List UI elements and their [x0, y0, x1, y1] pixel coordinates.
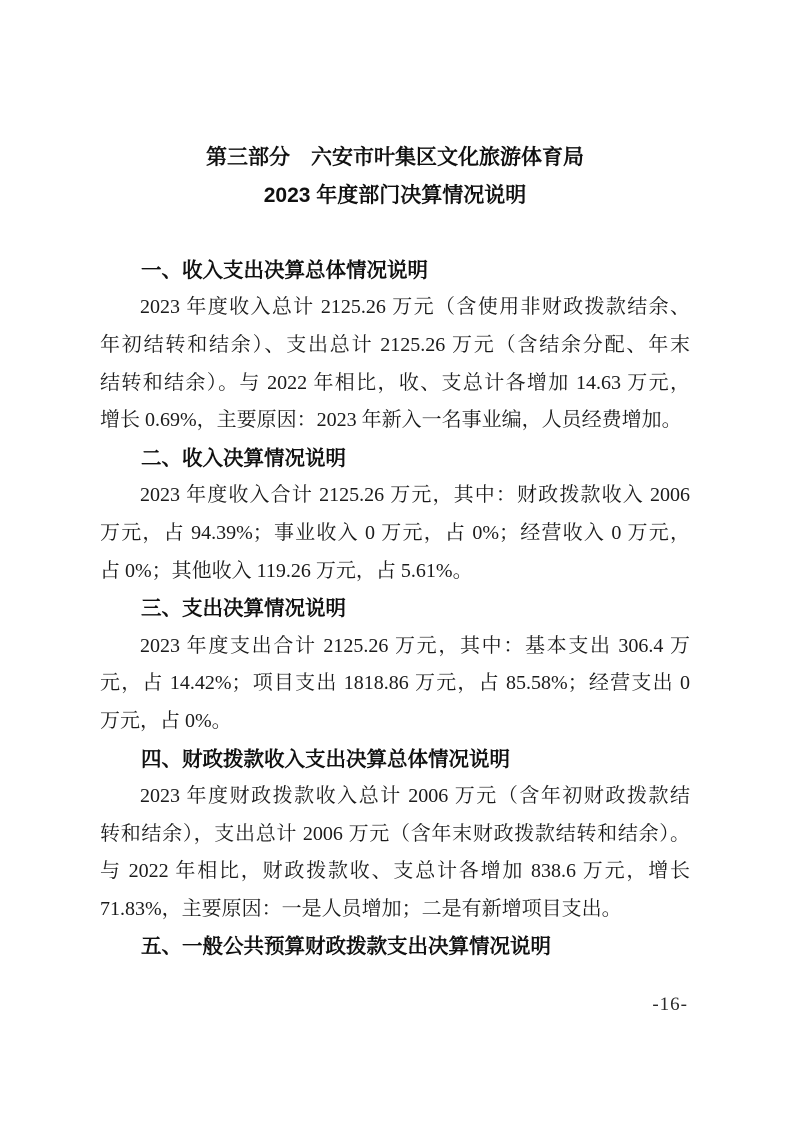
- body-line: 71.83%，主要原因：一是人员增加；二是有新增项目支出。: [100, 891, 690, 929]
- body-line: 2023 年度支出合计 2125.26 万元，其中：基本支出 306.4 万: [100, 628, 690, 666]
- document-page: 第三部分 六安市叶集区文化旅游体育局 2023 年度部门决算情况说明 一、收入支…: [0, 0, 793, 1122]
- section-heading-1: 一、收入支出决算总体情况说明: [100, 252, 690, 290]
- body-line: 与 2022 年相比，财政拨款收、支总计各增加 838.6 万元，增长: [100, 853, 690, 891]
- body-line: 增长 0.69%，主要原因：2023 年新入一名事业编，人员经费增加。: [100, 402, 690, 440]
- section-heading-3: 三、支出决算情况说明: [100, 590, 690, 628]
- body-line: 2023 年度收入总计 2125.26 万元（含使用非财政拨款结余、: [100, 289, 690, 327]
- document-title-line2: 2023 年度部门决算情况说明: [100, 177, 690, 215]
- body-line: 元，占 14.42%；项目支出 1818.86 万元，占 85.58%；经营支出…: [100, 665, 690, 703]
- section-heading-2: 二、收入决算情况说明: [100, 440, 690, 478]
- body-line: 占 0%；其他收入 119.26 万元，占 5.61%。: [100, 553, 690, 591]
- document-title-line1: 第三部分 六安市叶集区文化旅游体育局: [100, 139, 690, 177]
- body-line: 转和结余），支出总计 2006 万元（含年末财政拨款结转和结余）。: [100, 816, 690, 854]
- document-content: 第三部分 六安市叶集区文化旅游体育局 2023 年度部门决算情况说明 一、收入支…: [100, 139, 690, 966]
- section-heading-4: 四、财政拨款收入支出决算总体情况说明: [100, 741, 690, 779]
- body-line: 2023 年度财政拨款收入总计 2006 万元（含年初财政拨款结: [100, 778, 690, 816]
- body-line: 结转和结余）。与 2022 年相比，收、支总计各增加 14.63 万元，: [100, 365, 690, 403]
- section-heading-5: 五、一般公共预算财政拨款支出决算情况说明: [100, 928, 690, 966]
- body-line: 万元，占 94.39%；事业收入 0 万元，占 0%；经营收入 0 万元，: [100, 515, 690, 553]
- body-line: 万元，占 0%。: [100, 703, 690, 741]
- page-number: -16-: [652, 994, 688, 1016]
- body-line: 2023 年度收入合计 2125.26 万元，其中：财政拨款收入 2006: [100, 477, 690, 515]
- body-line: 年初结转和结余）、支出总计 2125.26 万元（含结余分配、年末: [100, 327, 690, 365]
